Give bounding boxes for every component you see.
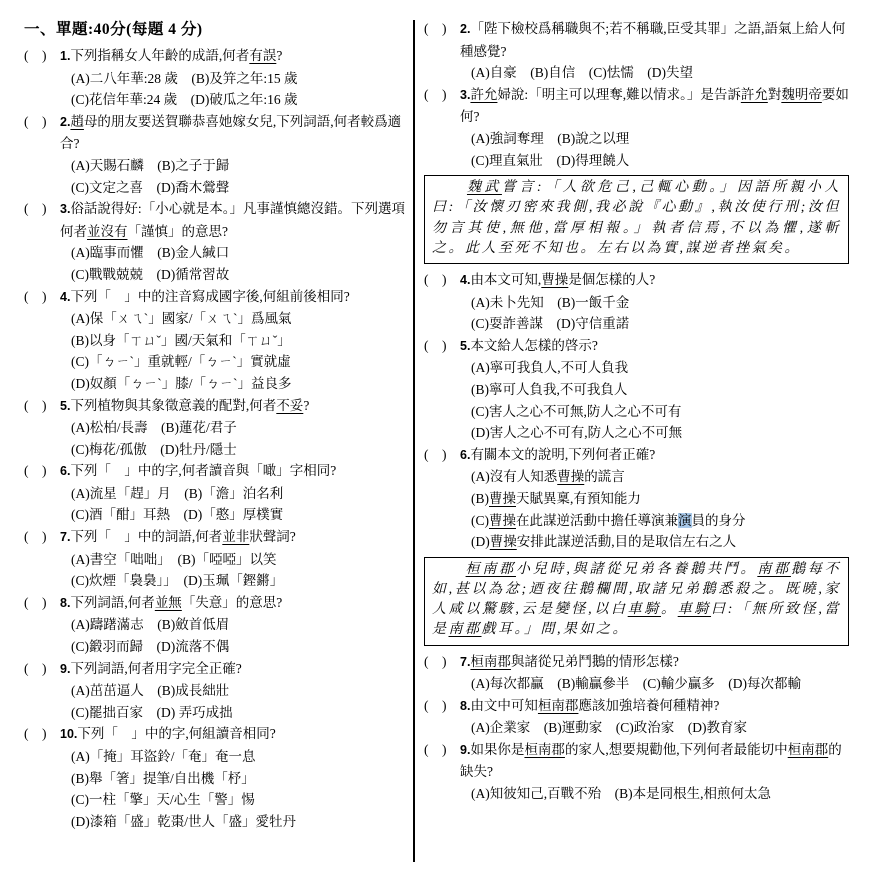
option-line: (A)茁茁逼人 (B)成長絀壯 <box>60 680 408 702</box>
question-body: 9.如果你是桓南郡的家人,想要規勸他,下列何者最能切中桓南郡的缺失?(A)知彼知… <box>460 739 849 805</box>
selection-highlight: 演 <box>678 513 692 528</box>
underlined-term: 車騎 <box>678 602 711 617</box>
question-body: 2.趙母的朋友要送賀聯恭喜她嫁女兒,下列詞語,何者較爲適合?(A)天賜石麟 (B… <box>60 111 408 198</box>
question-number: 5. <box>460 339 470 353</box>
answer-bracket[interactable]: ( ) <box>24 526 60 592</box>
question-5: ( )5.本文給人怎樣的啓示?(A)寧可我負人,不可人負我(B)寧可人負我,不可… <box>424 335 849 444</box>
question-number: 5. <box>60 399 70 413</box>
option-line: (C)理直氣壯 (D)得理饒人 <box>460 150 849 172</box>
question-3: ( )3.俗話說得好:「小心就是本。」凡事謹慎總沒錯。下列選項何者並沒有「謹慎」… <box>24 198 408 285</box>
question-2: ( )2.趙母的朋友要送賀聯恭喜她嫁女兒,下列詞語,何者較爲適合?(A)天賜石麟… <box>24 111 408 198</box>
option-line: (C)梅花/孤傲 (D)牡丹/隱士 <box>60 439 408 461</box>
underlined-term: 曹操 <box>557 469 584 484</box>
question-1: ( )1.下列指稱女人年齡的成語,何者有誤?(A)二八年華:28 歲 (B)及笄… <box>24 45 408 111</box>
option-line: (A)每次都贏 (B)輸贏參半 (C)輸少贏多 (D)每次都輸 <box>460 673 849 695</box>
option-line: (B)舉「箸」提筆/自出機「杼」 <box>60 768 408 790</box>
right-column: ( )2.「陛下檢校爲稱職與不;若不稱職,臣受其罪」之語,語氣上給人何種感覺?(… <box>415 18 877 877</box>
question-number: 2. <box>60 115 70 129</box>
answer-bracket[interactable]: ( ) <box>424 269 460 335</box>
question-stem: 9.如果你是桓南郡的家人,想要規勸他,下列何者最能切中桓南郡的缺失? <box>460 739 849 783</box>
answer-bracket[interactable]: ( ) <box>424 695 460 739</box>
option-line: (A)二八年華:28 歲 (B)及笄之年:15 歲 <box>60 68 408 90</box>
question-number: 9. <box>60 662 70 676</box>
left-column: 一、單題:40分(每題 4 分) ( )1.下列指稱女人年齡的成語,何者有誤?(… <box>0 18 413 877</box>
answer-bracket[interactable]: ( ) <box>424 18 460 84</box>
underlined-term: 曹操 <box>541 272 568 287</box>
option-line: (D)害人之心不可有,防人之心不可無 <box>460 422 849 444</box>
question-7: ( )7.下列「 」中的詞語,何者並非狀聲詞?(A)書空「咄咄」 (B)「啞啞」… <box>24 526 408 592</box>
option-line: (A)書空「咄咄」 (B)「啞啞」以笑 <box>60 549 408 571</box>
option-line: (C)「ㄅㄧˋ」重就輕/「ㄅㄧˋ」實就虛 <box>60 351 408 373</box>
question-number: 6. <box>460 448 470 462</box>
underlined-term: 南郡 <box>757 562 791 577</box>
question-stem: 4.下列「 」中的注音寫成國字後,何組前後相同? <box>60 286 408 309</box>
exam-page: 一、單題:40分(每題 4 分) ( )1.下列指稱女人年齡的成語,何者有誤?(… <box>0 0 877 877</box>
question-stem: 4.由本文可知,曹操是個怎樣的人? <box>460 269 849 292</box>
question-3: ( )3.許允婦說:「明主可以理奪,難以情求。」是告訴許允對魏明帝要如何?(A)… <box>424 84 849 171</box>
answer-bracket[interactable]: ( ) <box>24 198 60 285</box>
answer-bracket[interactable]: ( ) <box>424 739 460 805</box>
question-number: 8. <box>460 699 470 713</box>
question-stem: 5.下列植物與其象徵意義的配對,何者不妥? <box>60 395 408 418</box>
question-number: 9. <box>460 743 470 757</box>
question-stem: 10.下列「 」中的字,何組讀音相同? <box>60 723 408 746</box>
question-6: ( )6.有關本文的說明,下列何者正確?(A)沒有人知悉曹操的謊言(B)曹操天賦… <box>424 444 849 553</box>
underlined-term: 趙 <box>70 114 84 129</box>
question-stem: 8.下列詞語,何者並無「失意」的意思? <box>60 592 408 615</box>
option-line: (C)害人之心不可無,防人之心不可有 <box>460 401 849 423</box>
question-number: 10. <box>60 727 77 741</box>
question-body: 3.許允婦說:「明主可以理奪,難以情求。」是告訴許允對魏明帝要如何?(A)強詞奪… <box>460 84 849 171</box>
question-body: 5.本文給人怎樣的啓示?(A)寧可我負人,不可人負我(B)寧可人負我,不可我負人… <box>460 335 849 444</box>
underlined-term: 並非 <box>222 529 249 544</box>
question-stem: 9.下列詞語,何者用字完全正確? <box>60 658 408 681</box>
option-line: (C)文定之喜 (D)喬木鶯聲 <box>60 177 408 199</box>
question-number: 2. <box>460 22 470 36</box>
question-stem: 6.有關本文的說明,下列何者正確? <box>460 444 849 467</box>
option-line: (C)酒「酣」耳熱 (D)「憨」厚樸實 <box>60 504 408 526</box>
question-body: 7.桓南郡與諸從兄弟鬥鵝的情形怎樣?(A)每次都贏 (B)輸贏參半 (C)輸少贏… <box>460 651 849 695</box>
underlined-term: 曹操 <box>489 513 516 528</box>
answer-bracket[interactable]: ( ) <box>24 592 60 658</box>
underlined-term: 車騎 <box>628 602 661 617</box>
question-2: ( )2.「陛下檢校爲稱職與不;若不稱職,臣受其罪」之語,語氣上給人何種感覺?(… <box>424 18 849 84</box>
option-line: (C)罷拙百家 (D) 弄巧成拙 <box>60 702 408 724</box>
question-body: 6.有關本文的說明,下列何者正確?(A)沒有人知悉曹操的謊言(B)曹操天賦異稟,… <box>460 444 849 553</box>
question-body: 3.俗話說得好:「小心就是本。」凡事謹慎總沒錯。下列選項何者並沒有「謹慎」的意思… <box>60 198 408 285</box>
option-line: (C)戰戰兢兢 (D)循常習故 <box>60 264 408 286</box>
underlined-term: 桓南郡 <box>524 742 565 757</box>
option-line: (C)炊煙「裊裊」」 (D)玉珮「鏗鏘」 <box>60 570 408 592</box>
question-6: ( )6.下列「 」中的字,何者讀音與「噉」字相同?(A)流星「趕」月 (B)「… <box>24 460 408 526</box>
question-7: ( )7.桓南郡與諸從兄弟鬥鵝的情形怎樣?(A)每次都贏 (B)輸贏參半 (C)… <box>424 651 849 695</box>
option-line: (C)耍詐善謀 (D)守信重諾 <box>460 313 849 335</box>
answer-bracket[interactable]: ( ) <box>24 111 60 198</box>
answer-bracket[interactable]: ( ) <box>24 395 60 461</box>
question-5: ( )5.下列植物與其象徵意義的配對,何者不妥?(A)松柏/長壽 (B)蓮花/君… <box>24 395 408 461</box>
passage-box: 魏武嘗言:「人欲危己,己輒心動。」因語所親小人曰:「汝懷刃密來我側,我必說『心動… <box>424 175 849 264</box>
right-question-list: ( )2.「陛下檢校爲稱職與不;若不稱職,臣受其罪」之語,語氣上給人何種感覺?(… <box>424 18 849 805</box>
question-4: ( )4.由本文可知,曹操是個怎樣的人?(A)未卜先知 (B)一飯千金(C)耍詐… <box>424 269 849 335</box>
question-stem: 7.下列「 」中的詞語,何者並非狀聲詞? <box>60 526 408 549</box>
question-body: 5.下列植物與其象徵意義的配對,何者不妥?(A)松柏/長壽 (B)蓮花/君子(C… <box>60 395 408 461</box>
question-number: 1. <box>60 49 70 63</box>
question-body: 6.下列「 」中的字,何者讀音與「噉」字相同?(A)流星「趕」月 (B)「澹」泊… <box>60 460 408 526</box>
question-body: 7.下列「 」中的詞語,何者並非狀聲詞?(A)書空「咄咄」 (B)「啞啞」以笑(… <box>60 526 408 592</box>
underlined-term: 桓南郡 <box>538 698 579 713</box>
underlined-term: 曹操 <box>489 491 516 506</box>
left-question-list: ( )1.下列指稱女人年齡的成語,何者有誤?(A)二八年華:28 歲 (B)及笄… <box>24 45 408 832</box>
underlined-term: 南郡 <box>449 622 482 637</box>
underlined-term: 許允 <box>470 87 497 102</box>
answer-bracket[interactable]: ( ) <box>24 45 60 111</box>
answer-bracket[interactable]: ( ) <box>424 335 460 444</box>
option-line: (D)奴顏「ㄅㄧˋ」膝/「ㄅㄧˋ」益良多 <box>60 373 408 395</box>
underlined-term: 桓南郡 <box>470 654 511 669</box>
option-line: (A)知彼知己,百戰不殆 (B)本是同根生,相煎何太急 <box>460 783 849 805</box>
option-line: (A)企業家 (B)運動家 (C)政治家 (D)教育家 <box>460 717 849 739</box>
option-line: (A)未卜先知 (B)一飯千金 <box>460 292 849 314</box>
question-4: ( )4.下列「 」中的注音寫成國字後,何組前後相同?(A)保「ㄨㄟˋ」國家/「… <box>24 286 408 395</box>
underlined-term: 有誤 <box>249 48 276 63</box>
answer-bracket[interactable]: ( ) <box>424 444 460 553</box>
question-body: 2.「陛下檢校爲稱職與不;若不稱職,臣受其罪」之語,語氣上給人何種感覺?(A)自… <box>460 18 849 84</box>
underlined-term: 桓南郡 <box>466 562 516 577</box>
question-stem: 2.「陛下檢校爲稱職與不;若不稱職,臣受其罪」之語,語氣上給人何種感覺? <box>460 18 849 62</box>
question-number: 6. <box>60 464 70 478</box>
passage-box: 桓南郡小兒時,與諸從兄弟各養鵝共鬥。南郡鵝每不如,甚以為忿;迺夜往鵝欄間,取諸兄… <box>424 557 849 646</box>
underlined-term: 魏武 <box>467 180 502 195</box>
question-stem: 5.本文給人怎樣的啓示? <box>460 335 849 358</box>
question-body: 1.下列指稱女人年齡的成語,何者有誤?(A)二八年華:28 歲 (B)及笄之年:… <box>60 45 408 111</box>
question-10: ( )10.下列「 」中的字,何組讀音相同?(A)「掩」耳盜鈴/「奄」奄一息(B… <box>24 723 408 832</box>
question-9: ( )9.如果你是桓南郡的家人,想要規勸他,下列何者最能切中桓南郡的缺失?(A)… <box>424 739 849 805</box>
option-line: (C)鍛羽而歸 (D)流落不偶 <box>60 636 408 658</box>
question-number: 4. <box>60 290 70 304</box>
question-body: 8.下列詞語,何者並無「失意」的意思?(A)躊躇滿志 (B)斂首低眉(C)鍛羽而… <box>60 592 408 658</box>
underlined-term: 魏明帝 <box>781 87 822 102</box>
question-body: 4.由本文可知,曹操是個怎樣的人?(A)未卜先知 (B)一飯千金(C)耍詐善謀 … <box>460 269 849 335</box>
option-line: (A)強詞奪理 (B)說之以理 <box>460 128 849 150</box>
question-body: 9.下列詞語,何者用字完全正確?(A)茁茁逼人 (B)成長絀壯(C)罷拙百家 (… <box>60 658 408 724</box>
option-line: (A)寧可我負人,不可人負我 <box>460 357 849 379</box>
option-line: (A)天賜石麟 (B)之子于歸 <box>60 155 408 177</box>
underlined-term: 許允 <box>741 87 768 102</box>
option-line: (B)寧可人負我,不可我負人 <box>460 379 849 401</box>
answer-bracket[interactable]: ( ) <box>424 84 460 171</box>
underlined-term: 曹操 <box>490 534 517 549</box>
underlined-term: 不妥 <box>276 398 303 413</box>
option-line: (A)保「ㄨㄟˋ」國家/「ㄨㄟˋ」爲風氣 <box>60 308 408 330</box>
question-9: ( )9.下列詞語,何者用字完全正確?(A)茁茁逼人 (B)成長絀壯(C)罷拙百… <box>24 658 408 724</box>
question-number: 7. <box>60 530 70 544</box>
underlined-term: 並沒有 <box>87 224 128 239</box>
option-line: (A)躊躇滿志 (B)斂首低眉 <box>60 614 408 636</box>
option-line: (A)「掩」耳盜鈴/「奄」奄一息 <box>60 746 408 768</box>
question-number: 3. <box>60 202 70 216</box>
answer-bracket[interactable]: ( ) <box>24 658 60 724</box>
question-8: ( )8.下列詞語,何者並無「失意」的意思?(A)躊躇滿志 (B)斂首低眉(C)… <box>24 592 408 658</box>
question-stem: 8.由文中可知桓南郡應該加強培養何種精神? <box>460 695 849 718</box>
answer-bracket[interactable]: ( ) <box>24 460 60 526</box>
option-line: (A)自豪 (B)自信 (C)怯懦 (D)失望 <box>460 62 849 84</box>
option-line: (A)沒有人知悉曹操的謊言 <box>460 466 849 488</box>
option-line: (C)一柱「擎」天/心生「警」惕 <box>60 789 408 811</box>
question-8: ( )8.由文中可知桓南郡應該加強培養何種精神?(A)企業家 (B)運動家 (C… <box>424 695 849 739</box>
question-body: 10.下列「 」中的字,何組讀音相同?(A)「掩」耳盜鈴/「奄」奄一息(B)舉「… <box>60 723 408 832</box>
question-stem: 6.下列「 」中的字,何者讀音與「噉」字相同? <box>60 460 408 483</box>
underlined-term: 桓南郡 <box>788 742 829 757</box>
question-number: 8. <box>60 596 70 610</box>
answer-bracket[interactable]: ( ) <box>424 651 460 695</box>
option-line: (D)曹操安排此謀逆活動,目的是取信左右之人 <box>460 531 849 553</box>
question-stem: 2.趙母的朋友要送賀聯恭喜她嫁女兒,下列詞語,何者較爲適合? <box>60 111 408 155</box>
question-stem: 3.俗話說得好:「小心就是本。」凡事謹慎總沒錯。下列選項何者並沒有「謹慎」的意思… <box>60 198 408 242</box>
option-line: (A)松柏/長壽 (B)蓮花/君子 <box>60 417 408 439</box>
option-line: (A)臨事而懼 (B)金人緘口 <box>60 242 408 264</box>
question-body: 4.下列「 」中的注音寫成國字後,何組前後相同?(A)保「ㄨㄟˋ」國家/「ㄨㄟˋ… <box>60 286 408 395</box>
option-line: (A)流星「趕」月 (B)「澹」泊名利 <box>60 483 408 505</box>
question-number: 3. <box>460 88 470 102</box>
option-line: (B)曹操天賦異稟,有預知能力 <box>460 488 849 510</box>
answer-bracket[interactable]: ( ) <box>24 723 60 832</box>
question-stem: 1.下列指稱女人年齡的成語,何者有誤? <box>60 45 408 68</box>
question-stem: 3.許允婦說:「明主可以理奪,難以情求。」是告訴許允對魏明帝要如何? <box>460 84 849 128</box>
section-header: 一、單題:40分(每題 4 分) <box>24 18 408 42</box>
option-line: (D)漆箱「盛」乾棗/世人「盛」愛牡丹 <box>60 811 408 833</box>
question-number: 7. <box>460 655 470 669</box>
underlined-term: 並無 <box>155 595 182 610</box>
question-stem: 7.桓南郡與諸從兄弟鬥鵝的情形怎樣? <box>460 651 849 674</box>
option-line: (C)曹操在此謀逆活動中擔任導演兼演員的身分 <box>460 510 849 532</box>
answer-bracket[interactable]: ( ) <box>24 286 60 395</box>
question-body: 8.由文中可知桓南郡應該加強培養何種精神?(A)企業家 (B)運動家 (C)政治… <box>460 695 849 739</box>
option-line: (C)花信年華:24 歲 (D)破瓜之年:16 歲 <box>60 89 408 111</box>
option-line: (B)以身「ㄒㄩˇ」國/天氣和「ㄒㄩˇ」 <box>60 330 408 352</box>
question-number: 4. <box>460 273 470 287</box>
